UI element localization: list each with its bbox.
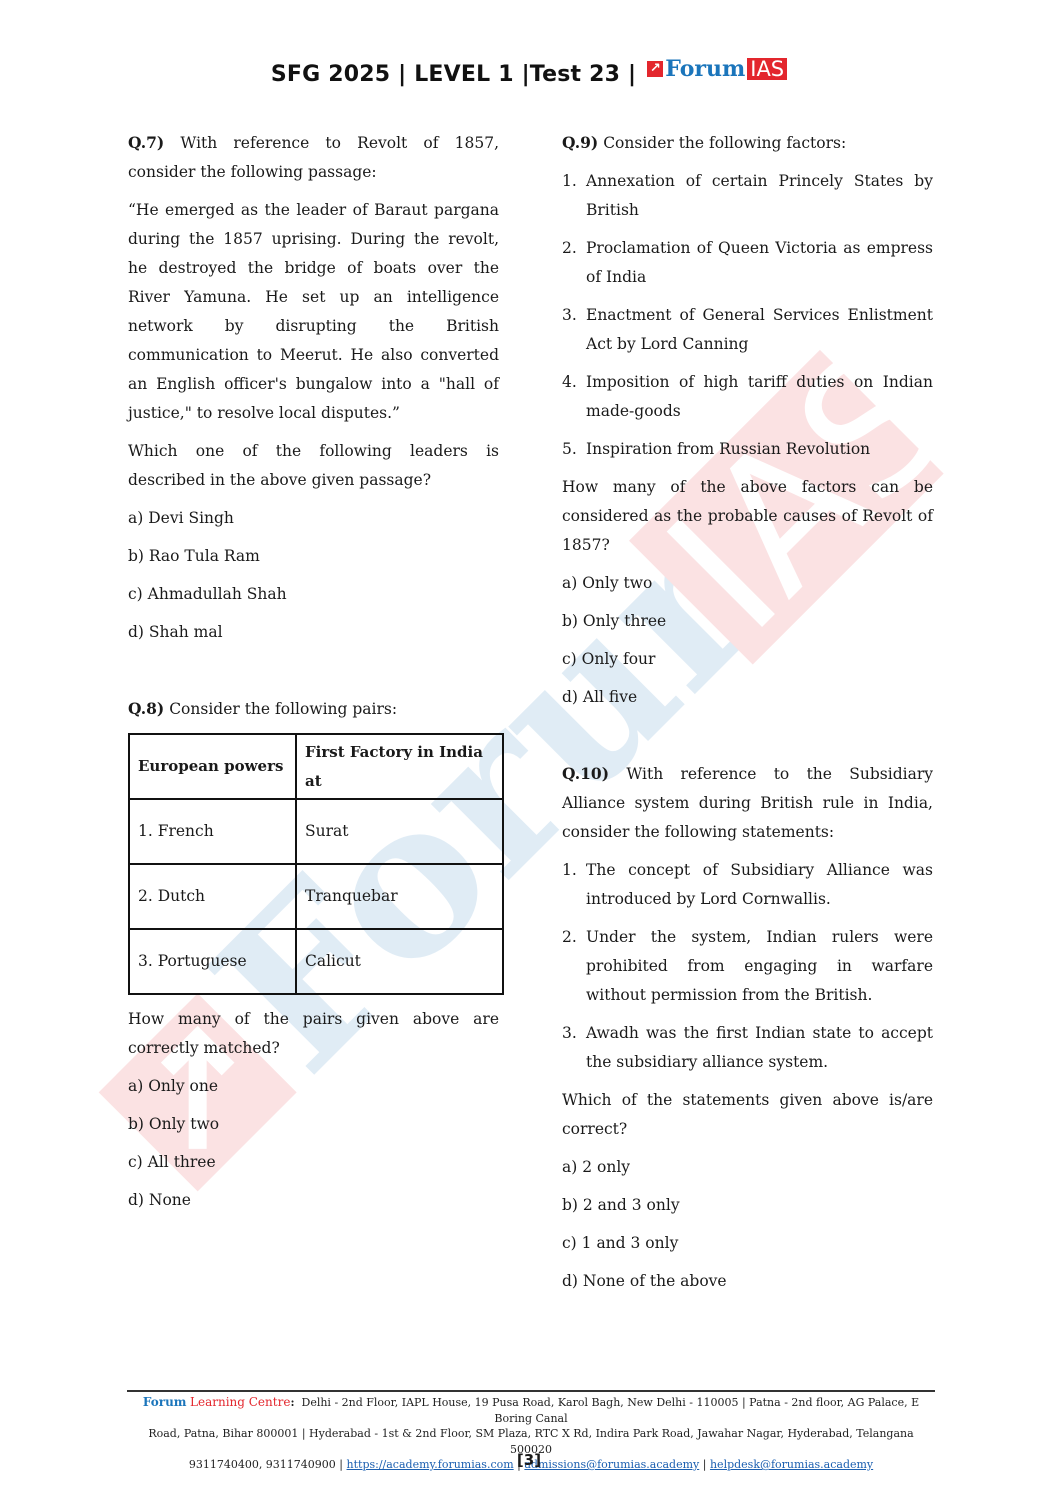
question-number: Q.7): [128, 133, 164, 152]
list-item: 2.Under the system, Indian rulers were p…: [562, 923, 933, 1010]
list-item: 1.The concept of Subsidiary Alliance was…: [562, 856, 933, 914]
page-number: [3]: [0, 1451, 1058, 1469]
footer-line-1: Forum Learning Centre: Delhi - 2nd Floor…: [127, 1395, 935, 1426]
option-c: c) Ahmadullah Shah: [128, 580, 499, 609]
table-cell: Calicut: [296, 929, 503, 994]
test-title: SFG 2025 | LEVEL 1 |Test 23 |: [271, 62, 636, 87]
question-stem-text: With reference to the Subsidiary Allianc…: [562, 765, 933, 841]
option-c: c) Only four: [562, 645, 933, 674]
option-d: d) None: [128, 1186, 499, 1215]
column-header: First Factory in India at: [296, 734, 503, 799]
table-cell: 2. Dutch: [129, 864, 296, 929]
column-header: European powers: [129, 734, 296, 799]
question-10: Q.10) With reference to the Subsidiary A…: [562, 759, 933, 1296]
option-b: b) Rao Tula Ram: [128, 542, 499, 571]
statements-list: 1.The concept of Subsidiary Alliance was…: [562, 856, 933, 1077]
option-c: c) All three: [128, 1148, 499, 1177]
table-row: 1. French Surat: [129, 799, 503, 864]
list-item: 4.Imposition of high tariff duties on In…: [562, 368, 933, 426]
table-cell: Tranquebar: [296, 864, 503, 929]
right-column: Q.9) Consider the following factors: 1.A…: [562, 128, 933, 1305]
option-a: a) Devi Singh: [128, 504, 499, 533]
table-row: 2. Dutch Tranquebar: [129, 864, 503, 929]
option-b: b) Only two: [128, 1110, 499, 1139]
question-number: Q.9): [562, 133, 598, 152]
list-item: 5.Inspiration from Russian Revolution: [562, 435, 933, 464]
option-a: a) Only one: [128, 1072, 499, 1101]
table-cell: 1. French: [129, 799, 296, 864]
option-d: d) None of the above: [562, 1267, 933, 1296]
question-7: Q.7) With reference to Revolt of 1857, c…: [128, 128, 499, 647]
table-row: 3. Portuguese Calicut: [129, 929, 503, 994]
option-a: a) Only two: [562, 569, 933, 598]
logo-ias-text: IAS: [747, 58, 787, 80]
table-header-row: European powers First Factory in India a…: [129, 734, 503, 799]
question-stem-text: With reference to Revolt of 1857, consid…: [128, 134, 499, 181]
table-cell: Surat: [296, 799, 503, 864]
question-number: Q.10): [562, 764, 609, 783]
question-9-prompt: How many of the above factors can be con…: [562, 473, 933, 560]
question-8: Q.8) Consider the following pairs: Europ…: [128, 694, 499, 1215]
page-header: SFG 2025 | LEVEL 1 |Test 23 | ↗ Forum IA…: [0, 62, 1058, 87]
table-cell: 3. Portuguese: [129, 929, 296, 994]
question-8-prompt: How many of the pairs given above are co…: [128, 1005, 499, 1063]
question-10-stem: Q.10) With reference to the Subsidiary A…: [562, 759, 933, 847]
question-7-prompt: Which one of the following leaders is de…: [128, 437, 499, 495]
question-9: Q.9) Consider the following factors: 1.A…: [562, 128, 933, 712]
list-item: 3.Enactment of General Services Enlistme…: [562, 301, 933, 359]
pairs-table: European powers First Factory in India a…: [128, 733, 504, 995]
list-item: 2.Proclamation of Queen Victoria as empr…: [562, 234, 933, 292]
forumias-logo: ↗ Forum IAS: [647, 58, 787, 80]
question-9-stem: Q.9) Consider the following factors:: [562, 128, 933, 158]
list-item: 3.Awadh was the first Indian state to ac…: [562, 1019, 933, 1077]
question-stem-text: Consider the following factors:: [603, 134, 846, 152]
factors-list: 1.Annexation of certain Princely States …: [562, 167, 933, 464]
footer-brand-forum: Forum: [143, 1395, 187, 1409]
option-d: d) All five: [562, 683, 933, 712]
logo-forum-text: Forum: [665, 58, 745, 80]
option-d: d) Shah mal: [128, 618, 499, 647]
question-number: Q.8): [128, 699, 164, 718]
option-b: b) 2 and 3 only: [562, 1191, 933, 1220]
option-c: c) 1 and 3 only: [562, 1229, 933, 1258]
option-b: b) Only three: [562, 607, 933, 636]
footer-brand-learning-centre: Learning Centre: [190, 1395, 290, 1409]
question-7-stem: Q.7) With reference to Revolt of 1857, c…: [128, 128, 499, 187]
question-8-stem: Q.8) Consider the following pairs:: [128, 694, 499, 724]
list-item: 1.Annexation of certain Princely States …: [562, 167, 933, 225]
question-stem-text: Consider the following pairs:: [169, 700, 397, 718]
arrow-up-right-icon: ↗: [647, 61, 663, 77]
footer-address-1: Delhi - 2nd Floor, IAPL House, 19 Pusa R…: [302, 1396, 920, 1425]
left-column: Q.7) With reference to Revolt of 1857, c…: [128, 128, 499, 1224]
question-7-passage: “He emerged as the leader of Baraut parg…: [128, 196, 499, 428]
question-10-prompt: Which of the statements given above is/a…: [562, 1086, 933, 1144]
option-a: a) 2 only: [562, 1153, 933, 1182]
